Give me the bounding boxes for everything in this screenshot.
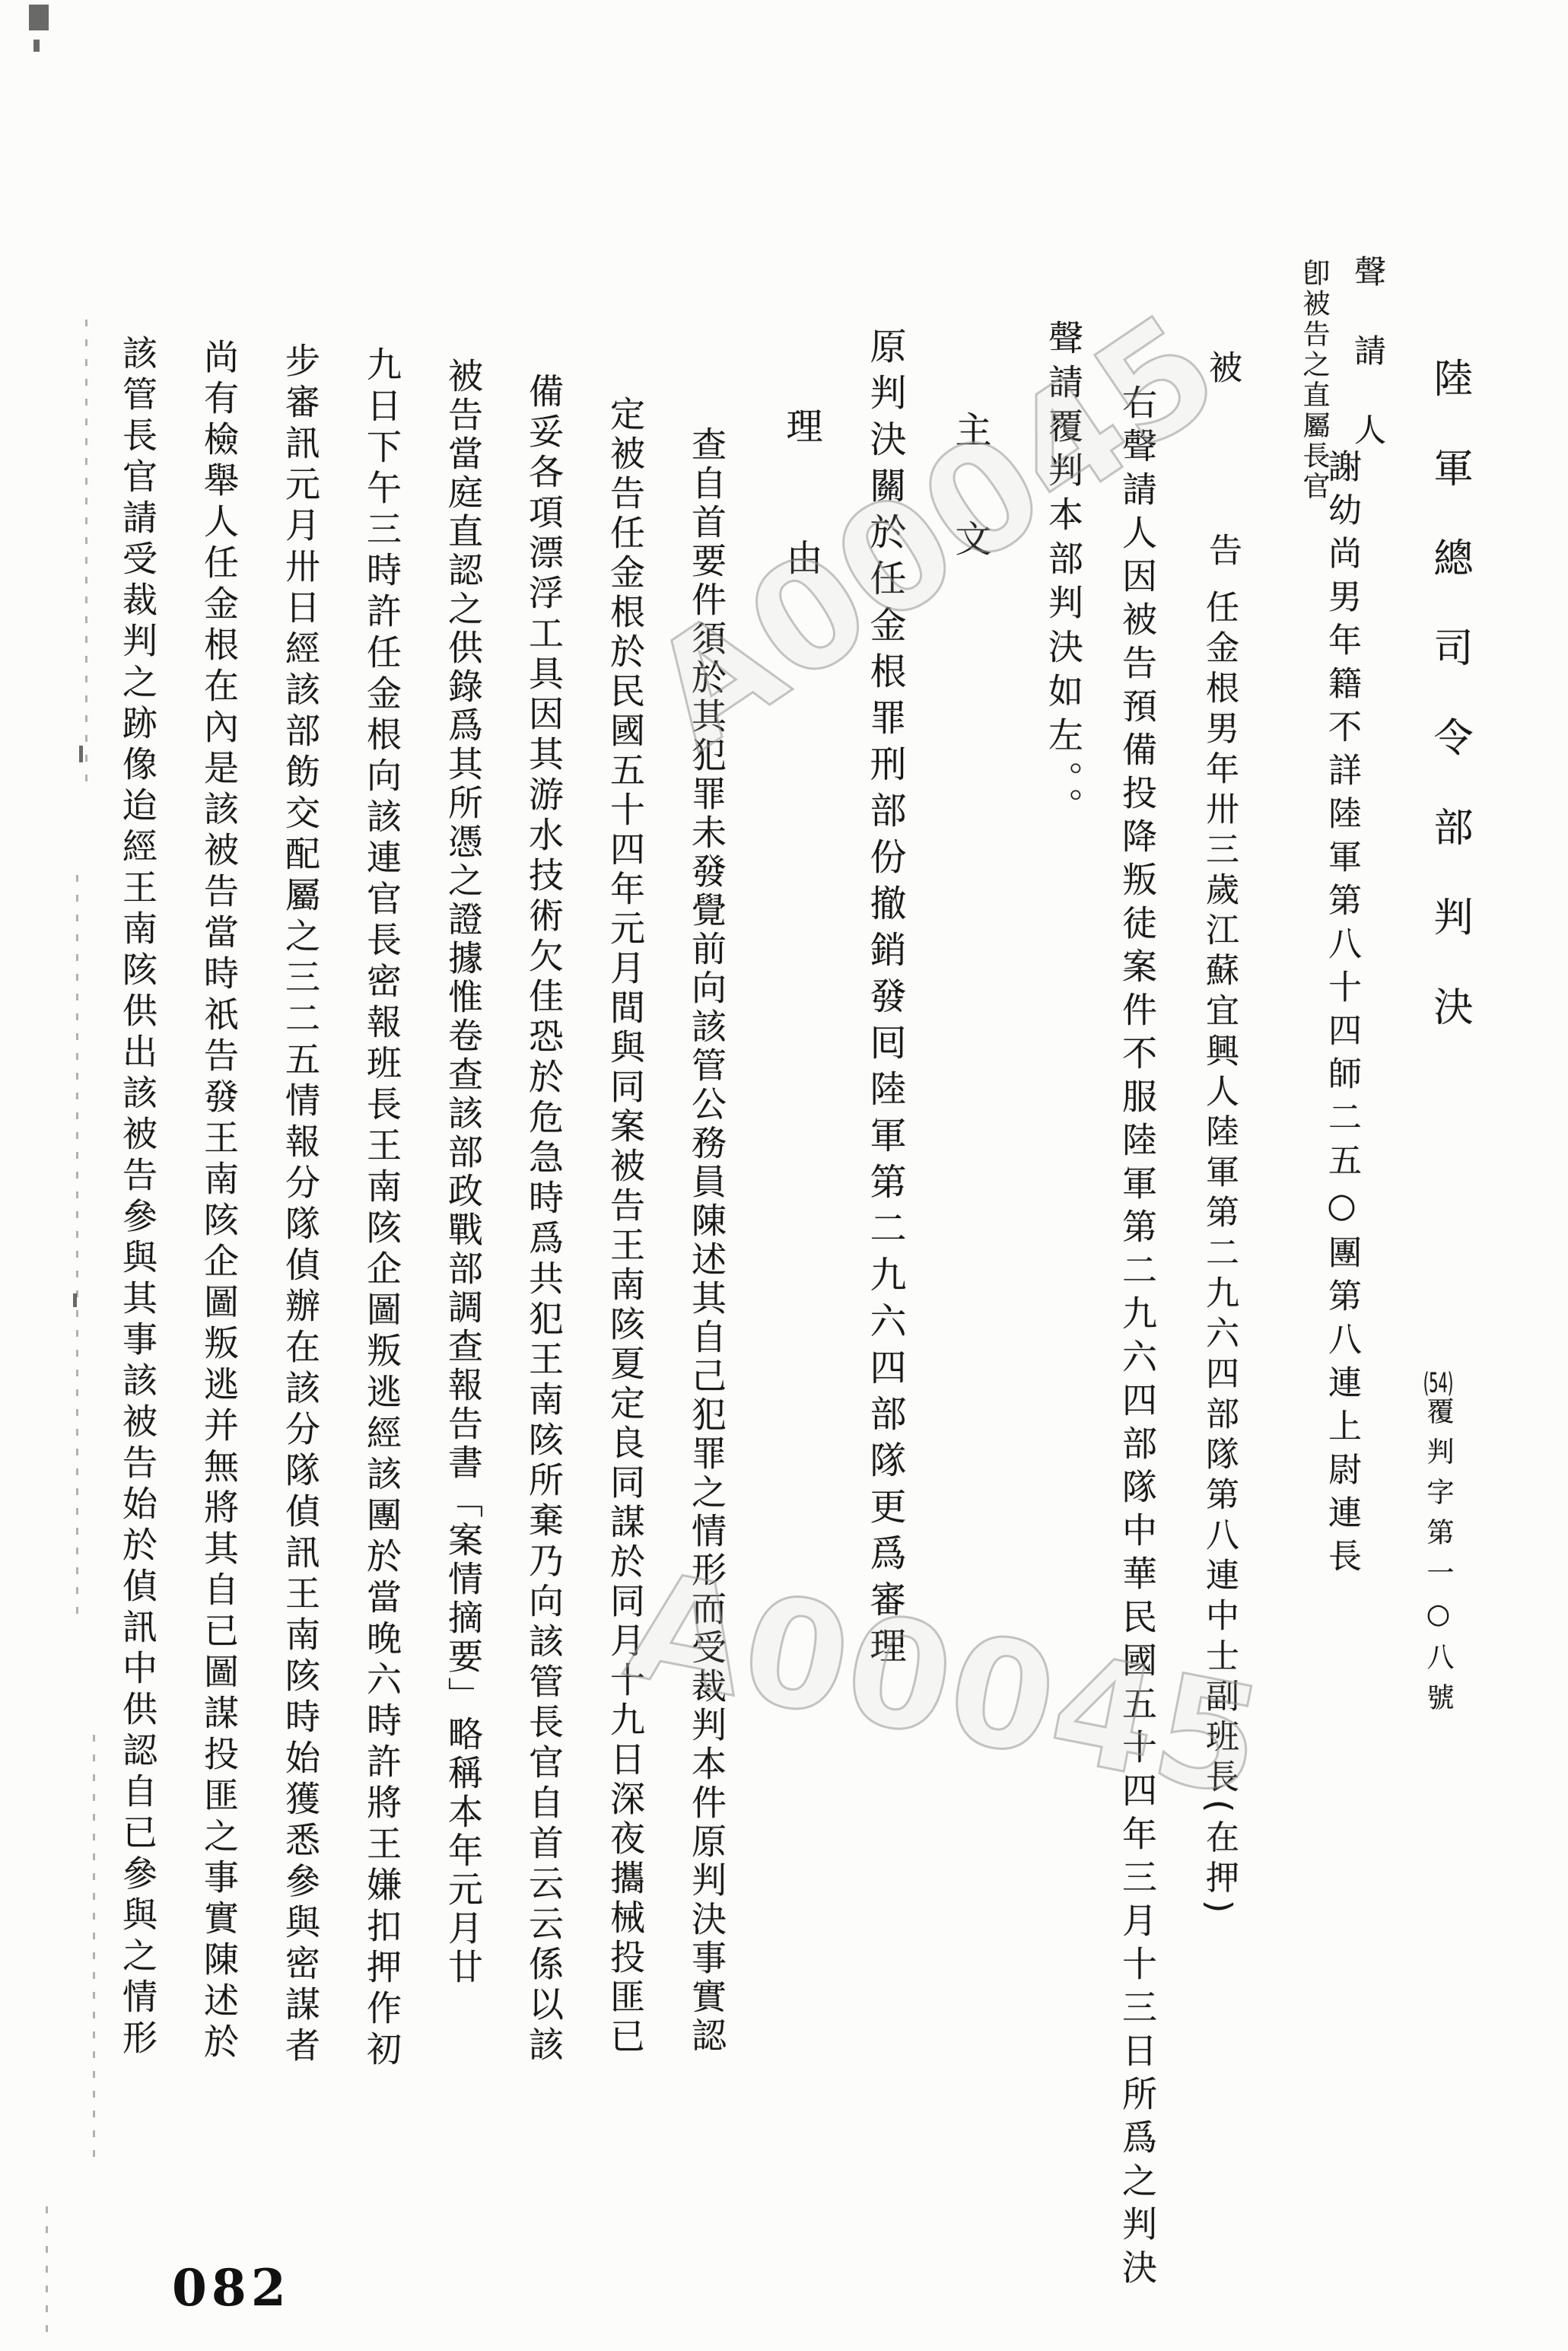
reason-line-1: 查自首要件須於其犯罪未發覺前向該管公務員陳述其自己犯罪之情形而受裁判本件原判決事…	[689, 426, 724, 2056]
scan-speck	[29, 5, 49, 30]
binding-edge-artifact	[46, 2206, 48, 2336]
scan-speck	[33, 40, 40, 52]
binding-edge-artifact	[93, 1735, 95, 2161]
main-text-body: 原判決關於任金根罪刑部份撤銷發囘陸軍第二九六四部隊更爲審理	[867, 327, 903, 1673]
preamble-line-2: 聲請覆判本部判決如左。。	[1046, 320, 1081, 832]
main-text-heading: 主文	[952, 411, 988, 628]
reason-line-3: 備妥各項漂浮工具因其游水技術欠佳恐於危急時爲共犯王南陔所棄乃向該管長官自首云云係…	[526, 373, 561, 2066]
case-number-year: (54)	[1423, 1370, 1454, 1397]
reason-heading: 理由	[783, 407, 819, 670]
judgment-document-page: 陸軍總司令部判決 (54)覆判字第一○八號 聲請人 卽被告之直屬長官 謝幼尚男年…	[0, 0, 1568, 2351]
reason-line-2: 定被告任金根於民國五十四年元月間與同案被告王南陔夏定良同謀於同月十九日深夜攜械投…	[608, 396, 643, 2057]
reason-line-8: 該管長官請受裁判之跡像迨經王南陔供出該被告參與其事該被告始於偵訊中供認自已參與之…	[120, 335, 155, 2060]
binding-edge-artifact	[76, 875, 78, 1621]
page-number: 082	[172, 2258, 291, 2318]
scan-speck	[79, 746, 83, 762]
binding-edge-artifact	[85, 320, 87, 791]
preamble-line-1: 右聲請人因被告預備投降叛徒案件不服陸軍第二九六四部隊中華民國五十四年三月十三日所…	[1120, 384, 1155, 2292]
scan-speck	[73, 1293, 77, 1307]
reason-line-6: 步審訊元月卅日經該部飭交配屬之三二五情報分隊偵辦在該分隊偵訊王南陔時始獲悉參與密…	[283, 342, 318, 2068]
reason-line-5: 九日下午三時許任金根向該連官長密報班長王南陔企圖叛逃經該團於當晚六時許將王嫌扣押…	[364, 346, 399, 2072]
applicant-name-line: 謝幼尚男年籍不詳陸軍第八十四師二五○團第八連上尉連長	[1325, 449, 1358, 1582]
reason-line-4: 被告當庭直認之供錄爲其所憑之證據惟卷查該部政戰部調查報告書「案情摘要」略稱本年元…	[446, 358, 481, 1987]
case-number-text: 覆判字第一○八號	[1423, 1397, 1454, 1723]
defendant-line: 任金根男年卅三歲江蘇宜興人陸軍第二九六四部隊第八連中士副班長(在押)	[1202, 590, 1236, 1920]
document-title: 陸軍總司令部判決	[1430, 358, 1469, 1076]
case-number: (54)覆判字第一○八號	[1424, 1370, 1452, 1723]
reason-line-7: 尚有檢舉人任金根在內是該被告當時祇告發王南陔企圖叛逃并無將其自已圖謀投匪之事實陳…	[202, 339, 237, 2064]
